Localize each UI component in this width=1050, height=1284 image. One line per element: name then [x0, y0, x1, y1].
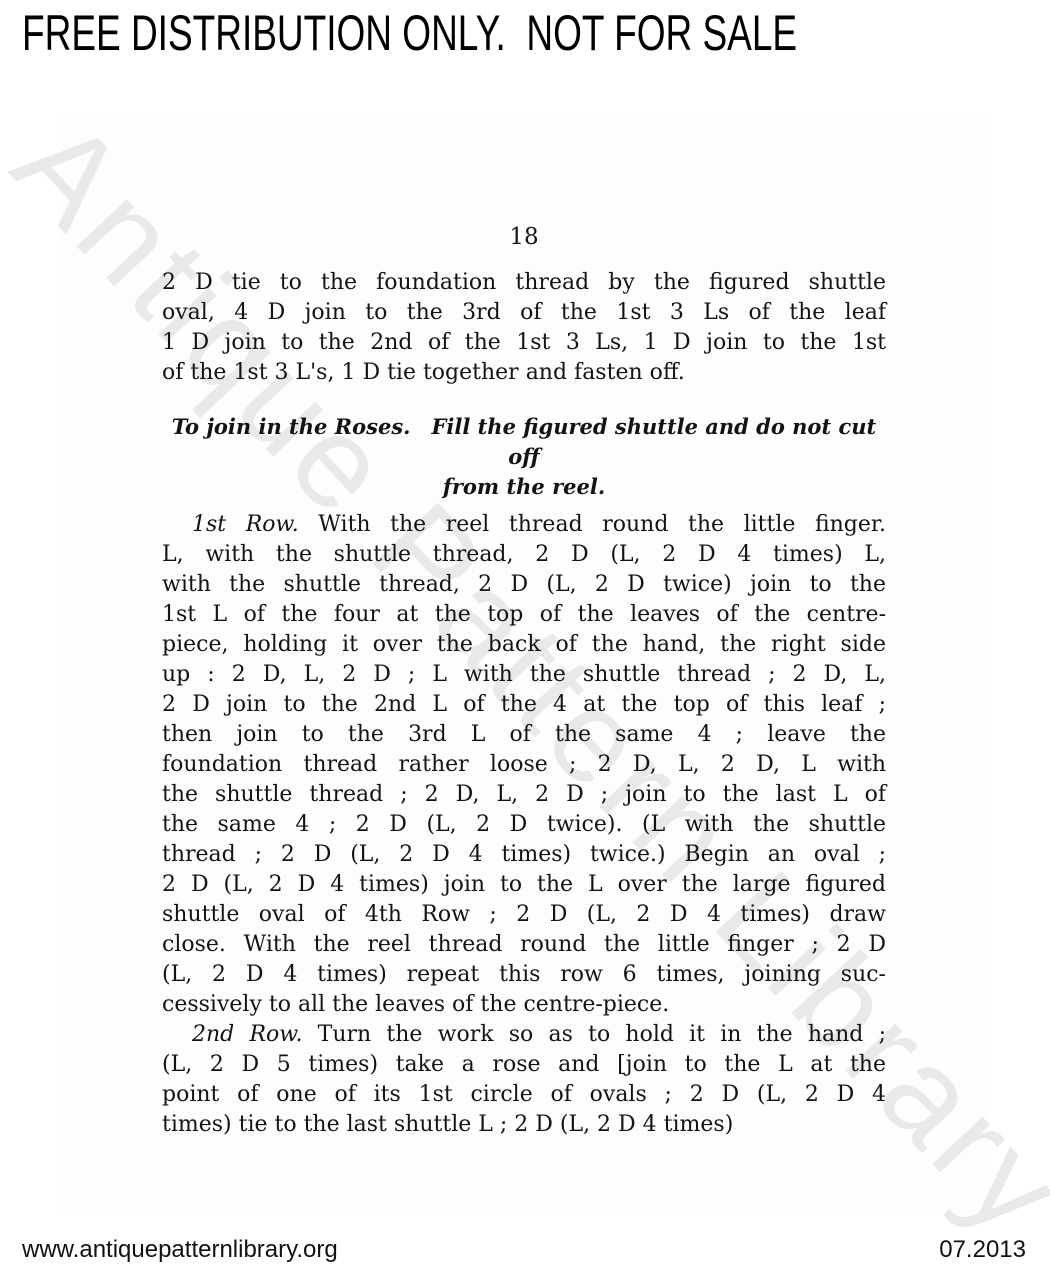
- footer-date: 07.2013: [939, 1236, 1026, 1264]
- text-segment: With the reel thread round the little fi…: [299, 512, 886, 537]
- text-segment: 1 D join to the 2nd of the 1st 3 Ls, 1 D…: [162, 330, 886, 355]
- italic-text: 1st Row.: [192, 512, 299, 537]
- paragraph-2nd-row: 2nd Row. Turn the work so as to hold it …: [162, 1020, 886, 1140]
- paragraph-heading-roses: To join in the Roses. Fill the figured s…: [162, 412, 886, 502]
- text-line: foundation thread rather loose ; 2 D, L,…: [162, 750, 886, 780]
- text-segment: 2 D (L, 2 D 4 times) join to the L over …: [162, 872, 886, 897]
- text-line: thread ; 2 D (L, 2 D 4 times) twice.) Be…: [162, 840, 886, 870]
- text-line: 2 D tie to the foundation thread by the …: [162, 268, 886, 298]
- text-segment: cessively to all the leaves of the centr…: [162, 992, 669, 1017]
- text-line: (L, 2 D 4 times) repeat this row 6 times…: [162, 960, 886, 990]
- page-number: 18: [162, 224, 886, 250]
- text-line: To join in the Roses. Fill the figured s…: [162, 412, 886, 472]
- text-line: 2 D (L, 2 D 4 times) join to the L over …: [162, 870, 886, 900]
- text-line: the shuttle thread ; 2 D, L, 2 D ; join …: [162, 780, 886, 810]
- scanned-page: Antique Pattern Library FREE DISTRIBUTIO…: [0, 0, 1050, 1284]
- italic-text: To join in the Roses. Fill the figured s…: [172, 414, 876, 469]
- text-segment: 2 D join to the 2nd L of the 4 at the to…: [162, 692, 886, 717]
- text-segment: oval, 4 D join to the 3rd of the 1st 3 L…: [162, 300, 886, 325]
- text-line: point of one of its 1st circle of ovals …: [162, 1080, 886, 1110]
- text-line: with the shuttle thread, 2 D (L, 2 D twi…: [162, 570, 886, 600]
- text-segment: up : 2 D, L, 2 D ; L with the shuttle th…: [162, 662, 886, 687]
- text-line: cessively to all the leaves of the centr…: [162, 990, 886, 1020]
- text-line: oval, 4 D join to the 3rd of the 1st 3 L…: [162, 298, 886, 328]
- text-segment: times) tie to the last shuttle L ; 2 D (…: [162, 1112, 733, 1137]
- text-line: from the reel.: [162, 472, 886, 502]
- text-segment: thread ; 2 D (L, 2 D 4 times) twice.) Be…: [162, 842, 886, 867]
- text-segment: 1st L of the four at the top of the leav…: [162, 602, 886, 627]
- text-segment: L, with the shuttle thread, 2 D (L, 2 D …: [162, 542, 886, 567]
- paragraph-intro: 2 D tie to the foundation thread by the …: [162, 268, 886, 388]
- text-segment: shuttle oval of 4th Row ; 2 D (L, 2 D 4 …: [162, 902, 886, 927]
- text-line: times) tie to the last shuttle L ; 2 D (…: [162, 1110, 886, 1140]
- text-line: close. With the reel thread round the li…: [162, 930, 886, 960]
- text-line: piece, holding it over the back of the h…: [162, 630, 886, 660]
- text-segment: (L, 2 D 5 times) take a rose and [join t…: [162, 1052, 886, 1077]
- paragraph-1st-row: 1st Row. With the reel thread round the …: [162, 510, 886, 1020]
- text-segment: with the shuttle thread, 2 D (L, 2 D twi…: [162, 572, 886, 597]
- distribution-banner: FREE DISTRIBUTION ONLY. NOT FOR SALE: [22, 8, 1050, 58]
- text-line: up : 2 D, L, 2 D ; L with the shuttle th…: [162, 660, 886, 690]
- text-segment: piece, holding it over the back of the h…: [162, 632, 886, 657]
- text-block: 2 D tie to the foundation thread by the …: [162, 268, 886, 1140]
- text-segment: 2 D tie to the foundation thread by the …: [162, 270, 886, 295]
- text-line: then join to the 3rd L of the same 4 ; l…: [162, 720, 886, 750]
- text-line: 2 D join to the 2nd L of the 4 at the to…: [162, 690, 886, 720]
- text-line: of the 1st 3 L's, 1 D tie together and f…: [162, 358, 886, 388]
- text-line: 1st L of the four at the top of the leav…: [162, 600, 886, 630]
- text-line: shuttle oval of 4th Row ; 2 D (L, 2 D 4 …: [162, 900, 886, 930]
- text-line: L, with the shuttle thread, 2 D (L, 2 D …: [162, 540, 886, 570]
- text-segment: Turn the work so as to hold it in the ha…: [302, 1022, 886, 1047]
- text-segment: of the 1st 3 L's, 1 D tie together and f…: [162, 360, 685, 385]
- text-segment: the same 4 ; 2 D (L, 2 D twice). (L with…: [162, 812, 886, 837]
- text-segment: (L, 2 D 4 times) repeat this row 6 times…: [162, 962, 886, 987]
- italic-text: from the reel.: [443, 474, 605, 499]
- text-line: 2nd Row. Turn the work so as to hold it …: [162, 1020, 886, 1050]
- footer-url: www.antiquepatternlibrary.org: [22, 1236, 338, 1264]
- text-line: the same 4 ; 2 D (L, 2 D twice). (L with…: [162, 810, 886, 840]
- text-line: 1 D join to the 2nd of the 1st 3 Ls, 1 D…: [162, 328, 886, 358]
- text-line: (L, 2 D 5 times) take a rose and [join t…: [162, 1050, 886, 1080]
- italic-text: 2nd Row.: [192, 1022, 302, 1047]
- footer: www.antiquepatternlibrary.org 07.2013: [22, 1236, 1026, 1264]
- text-segment: then join to the 3rd L of the same 4 ; l…: [162, 722, 886, 747]
- text-segment: the shuttle thread ; 2 D, L, 2 D ; join …: [162, 782, 886, 807]
- text-segment: close. With the reel thread round the li…: [162, 932, 886, 957]
- text-segment: point of one of its 1st circle of ovals …: [162, 1082, 886, 1107]
- text-line: 1st Row. With the reel thread round the …: [162, 510, 886, 540]
- text-segment: foundation thread rather loose ; 2 D, L,…: [162, 752, 886, 777]
- banner-text: FREE DISTRIBUTION ONLY. NOT FOR SALE: [22, 8, 797, 58]
